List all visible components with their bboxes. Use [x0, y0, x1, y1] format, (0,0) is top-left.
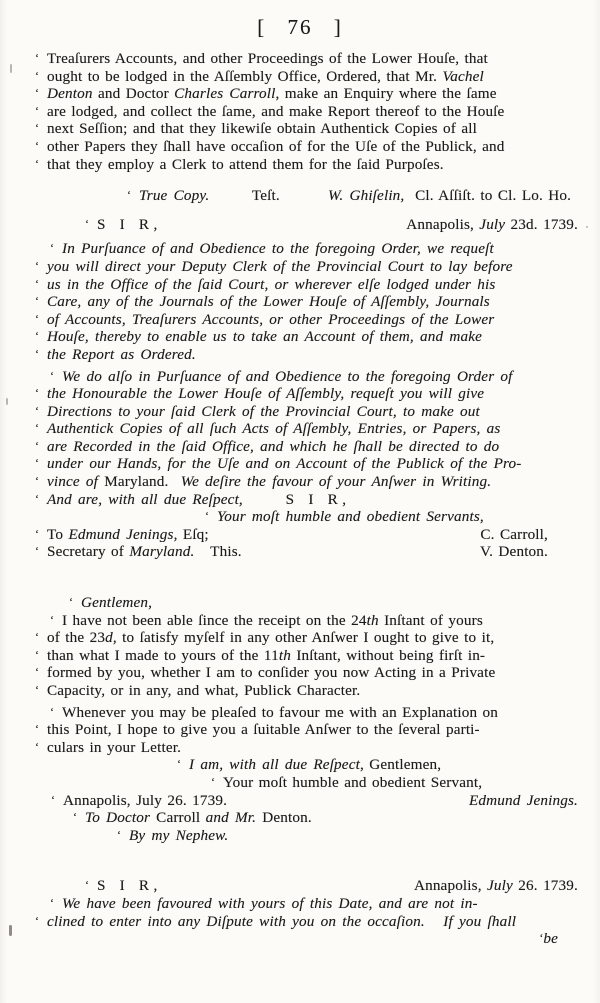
text-line: ‘Directions to your ſaid Clerk of the Pr… [35, 403, 578, 421]
quote-mark: ‘ [85, 216, 97, 234]
text-line: ‘And are, with all due Reſpect, S I R, [35, 491, 578, 509]
text-run: Care, any of the Journals of the Lower H… [47, 293, 490, 310]
text-run: Treaſurers Accounts, and other Proceedin… [47, 50, 488, 67]
block-p1: ‘Treaſurers Accounts, and other Proceedi… [35, 50, 578, 173]
text-run: clined to enter into any Diſpute with yo… [47, 913, 516, 930]
text-line: ‘True Copy. Teſt. W. Ghiſelin, Cl. Aſſiſ… [127, 187, 578, 205]
quote-mark: ‘ [35, 276, 47, 294]
right-text: Annapolis, July 23d. 1739. [406, 216, 578, 234]
quote-mark: ‘ [35, 85, 47, 103]
text-run: 26. 1739. [513, 877, 578, 894]
text-line: ‘the Honourable the Lower Houſe of Aſſem… [35, 385, 578, 403]
text-line: ‘I have not been able ſince the receipt … [35, 612, 578, 630]
text-line: ‘are Recorded in the ſaid Office, and wh… [35, 438, 578, 456]
text-line: ‘Denton and Doctor Charles Carroll, make… [35, 85, 578, 103]
text-run: Vachel [442, 68, 483, 85]
text-run: W. Ghiſelin, [328, 187, 404, 204]
quote-mark: ‘ [35, 68, 47, 86]
text-line: ‘Annapolis, July 26. 1739.Edmund Jenings… [51, 792, 578, 810]
text-run: S I R, [97, 877, 162, 894]
text-run: Gentlemen, [81, 594, 152, 611]
block-dateline: ‘Annapolis, July 26. 1739.Edmund Jenings… [35, 792, 578, 810]
text-run: Cl. Aſſiſt. to Cl. Lo. Ho. [404, 187, 571, 204]
text-line: ‘next Seſſion; and that they likewiſe ob… [35, 120, 578, 138]
page-number: [ 76 ] [0, 0, 600, 40]
quote-mark: ‘ [35, 455, 47, 473]
text-run: Edmund Jenings. [469, 792, 578, 809]
quote-mark: ‘ [35, 647, 47, 665]
quote-mark: ‘ [69, 594, 81, 612]
text-run: Directions to your ſaid Clerk of the Pro… [47, 403, 480, 420]
text-line: ‘S I R,Annapolis, July 26. 1739. [85, 877, 578, 895]
block-iam: ‘I am, with all due Reſpect, Gentlemen, [35, 756, 578, 774]
text-line: ‘be [35, 930, 578, 948]
text-run: Maryland. [129, 543, 194, 560]
text-run: of the 23 [47, 629, 105, 646]
text-line: ‘clined to enter into any Diſpute with y… [35, 913, 578, 931]
scan-speck [9, 925, 12, 936]
text-run: Whenever you may be pleaſed to favour me… [62, 704, 498, 721]
text-line: ‘Secretary of Maryland. This.V. Denton. [35, 543, 578, 561]
text-run: Charles Carroll [174, 85, 275, 102]
text-line: ‘Treaſurers Accounts, and other Proceedi… [35, 50, 578, 68]
quote-mark: ‘ [35, 526, 47, 544]
quote-mark: ‘ [35, 682, 47, 700]
text-run: Annapolis, [406, 216, 479, 233]
text-run: S I R, [97, 216, 162, 233]
scan-speck [10, 64, 12, 73]
text-line: ‘ought to be lodged in the Aſſembly Offi… [35, 68, 578, 86]
block-p6: ‘We have been favoured with yours of thi… [35, 895, 578, 930]
scan-speck [6, 398, 8, 405]
quote-mark: ‘ [531, 930, 543, 948]
quote-mark: ‘ [35, 138, 47, 156]
quote-mark: ‘ [85, 877, 97, 895]
quote-mark: ‘ [35, 293, 47, 311]
text-run: We do alſo in Purſuance of and Obedience… [62, 368, 513, 385]
quote-mark: ‘ [35, 420, 47, 438]
quote-mark: ‘ [35, 50, 47, 68]
text-run: Maryland. [104, 473, 168, 490]
text-run: the Report as Ordered. [47, 346, 196, 363]
quote-mark: ‘ [35, 629, 47, 647]
text-run: Inſtant, without being firſt in- [291, 647, 485, 664]
text-run: be [543, 930, 558, 947]
quote-mark: ‘ [35, 491, 47, 509]
text-line: ‘than what I made to yours of the 11th I… [35, 647, 578, 665]
quote-mark: ‘ [35, 156, 47, 174]
text-run: Denton [47, 85, 93, 102]
text-run: Inſtant of yours [379, 612, 483, 629]
text-run: True Copy. [139, 187, 209, 204]
text-line: ‘the Report as Ordered. [35, 346, 578, 364]
text-run: This. [194, 543, 241, 560]
text-run: Secretary of [47, 543, 129, 560]
text-run: Carroll [156, 809, 205, 826]
quote-mark: ‘ [50, 704, 62, 722]
text-run: V. Denton. [480, 543, 548, 560]
quote-mark: ‘ [50, 612, 62, 630]
text-run: Denton. [262, 809, 312, 826]
quote-mark: ‘ [35, 721, 47, 739]
text-run: are Recorded in the ſaid Office, and whi… [47, 438, 499, 455]
text-line: ‘Your moſt humble and obedient Servants, [205, 508, 578, 526]
text-line: ‘formed by you, whether I am to conſider… [35, 664, 578, 682]
text-run: 23d. 1739. [505, 216, 578, 233]
quote-mark: ‘ [35, 311, 47, 329]
text-line: ‘vince of Maryland. We deſire the favour… [35, 473, 578, 491]
quote-mark: ‘ [117, 827, 129, 845]
block-truecopy: ‘True Copy. Teſt. W. Ghiſelin, Cl. Aſſiſ… [35, 187, 578, 205]
text-line: ‘Authentick Copies of all ſuch Acts of A… [35, 420, 578, 438]
right-text: V. Denton. [480, 543, 548, 561]
text-line: ‘Whenever you may be pleaſed to favour m… [35, 704, 578, 722]
block-servants: ‘Your moſt humble and obedient Servants, [35, 508, 578, 526]
text-line: ‘S I R,Annapolis, July 23d. 1739. [85, 216, 578, 234]
text-run: culars in your Letter. [47, 739, 181, 756]
text-line: ‘of Accounts, Treaſurers Accounts, or ot… [35, 311, 578, 329]
block-addr: ‘To Edmund Jenings, Eſq;C. Carroll,‘Secr… [35, 526, 578, 561]
right-text: C. Carroll, [480, 526, 548, 544]
text-line: ‘We have been favoured with yours of thi… [35, 895, 578, 913]
text-run: July [479, 216, 505, 233]
block-nephew: ‘By my Nephew. [35, 827, 578, 845]
text-run: S I R, [286, 491, 351, 508]
quote-mark: ‘ [35, 103, 47, 121]
text-line: ‘are lodged, and collect the ſame, and m… [35, 103, 578, 121]
scan-speck [586, 226, 588, 228]
text-run: next Seſſion; and that they likewiſe obt… [47, 120, 477, 137]
quote-mark: ‘ [177, 756, 189, 774]
block-p4: ‘I have not been able ſince the receipt … [35, 612, 578, 700]
text-line: ‘of the 23d, to ſatisfy myſelf in any ot… [35, 629, 578, 647]
text-line: ‘culars in your Letter. [35, 739, 578, 757]
text-run: I am, with all due Reſpect [189, 756, 360, 773]
text-run: , Eſq; [174, 526, 209, 543]
text-run: Edmund Jenings [68, 526, 173, 543]
text-run: d [105, 629, 113, 646]
text-run: th [279, 647, 291, 664]
text-run: Teſt. [209, 187, 328, 204]
quote-mark: ‘ [35, 258, 47, 276]
text-run: you will direct your Deputy Clerk of the… [47, 258, 513, 275]
text-run: than what I made to yours of the 11 [47, 647, 279, 664]
text-run: Houſe, thereby to enable us to take an A… [47, 328, 482, 345]
text-run: We have been favoured with yours of this… [62, 895, 478, 912]
block-catchword: ‘be [35, 930, 578, 948]
text-run: In Purſuance of and Obedience to the for… [62, 240, 494, 257]
text-run: Annapolis, [414, 877, 487, 894]
text-run: , make an Enquiry where the ſame [275, 85, 496, 102]
text-line: ‘us in the Office of the ſaid Court, or … [35, 276, 578, 294]
quote-mark: ‘ [50, 368, 62, 386]
quote-mark: ‘ [127, 187, 139, 205]
text-run: Your moſt humble and obedient Servants, [217, 508, 484, 525]
text-run: To Doctor [85, 809, 156, 826]
text-line: ‘Houſe, thereby to enable us to take an … [35, 328, 578, 346]
quote-mark: ‘ [35, 403, 47, 421]
text-run: of Accounts, Treaſurers Accounts, or oth… [47, 311, 494, 328]
text-line: ‘you will direct your Deputy Clerk of th… [35, 258, 578, 276]
block-sir1: ‘S I R,Annapolis, July 23d. 1739. [35, 216, 578, 234]
text-run: are lodged, and collect the ſame, and ma… [47, 103, 504, 120]
quote-mark: ‘ [35, 438, 47, 456]
text-run: I have not been able ſince the receipt o… [62, 612, 367, 629]
text-run: , to ſatisfy myſelf in any other Anſwer … [113, 629, 494, 646]
text-line: ‘Your moſt humble and obedient Servant, [211, 774, 578, 792]
text-line: ‘Care, any of the Journals of the Lower … [35, 293, 578, 311]
text-line: ‘To Edmund Jenings, Eſq;C. Carroll, [35, 526, 578, 544]
text-run: By my Nephew. [129, 827, 228, 844]
block-sir2: ‘S I R,Annapolis, July 26. 1739. [35, 877, 578, 895]
text-run: vince of [47, 473, 104, 490]
block-gentlemen: ‘Gentlemen, [35, 594, 578, 612]
text-line: ‘By my Nephew. [117, 827, 578, 845]
quote-mark: ‘ [35, 739, 47, 757]
quote-mark: ‘ [35, 664, 47, 682]
quote-mark: ‘ [51, 792, 63, 810]
text-line: ‘that they employ a Clerk to attend them… [35, 156, 578, 174]
text-line: ‘other Papers they ſhall have occaſion o… [35, 138, 578, 156]
text-line: ‘Gentlemen, [69, 594, 578, 612]
quote-mark: ‘ [50, 240, 62, 258]
text-run: To [47, 526, 68, 543]
text-run: Your moſt humble and obedient Servant, [223, 774, 482, 791]
quote-mark: ‘ [35, 328, 47, 346]
text-line: ‘We do alſo in Purſuance of and Obedienc… [35, 368, 578, 386]
block-servant: ‘Your moſt humble and obedient Servant, [35, 774, 578, 792]
text-run [243, 491, 286, 508]
quote-mark: ‘ [35, 385, 47, 403]
right-text: Edmund Jenings. [469, 792, 578, 810]
text-line: ‘I am, with all due Reſpect, Gentlemen, [177, 756, 578, 774]
text-line: ‘Capacity, or in any, and what, Publick … [35, 682, 578, 700]
quote-mark: ‘ [211, 774, 223, 792]
scanned-book-page: [ 76 ] ‘Treaſurers Accounts, and other P… [0, 0, 600, 1003]
quote-mark: ‘ [35, 473, 47, 491]
text-run: ought to be lodged in the Aſſembly Offic… [47, 68, 442, 85]
quote-mark: ‘ [73, 809, 85, 827]
text-run: We deſire the favour of your Anſwer in W… [168, 473, 491, 490]
text-run: us in the Office of the ſaid Court, or w… [47, 276, 495, 293]
text-line: ‘this Point, I hope to give you a ſuitab… [35, 721, 578, 739]
quote-mark: ‘ [35, 543, 47, 561]
text-run: , Gentlemen, [360, 756, 441, 773]
quote-mark: ‘ [35, 346, 47, 364]
block-p5: ‘Whenever you may be pleaſed to favour m… [35, 704, 578, 757]
text-run: formed by you, whether I am to conſider … [47, 664, 495, 681]
block-p2: ‘In Purſuance of and Obedience to the fo… [35, 240, 578, 363]
quote-mark: ‘ [35, 913, 47, 931]
quote-mark: ‘ [35, 120, 47, 138]
text-run: Capacity, or in any, and what, Publick C… [47, 682, 360, 699]
text-run: And are, with all due Reſpect, [47, 491, 243, 508]
text-run: under our Hands, for the Uſe and on Acco… [47, 455, 522, 472]
text-run: and Mr. [206, 809, 263, 826]
quote-mark: ‘ [205, 508, 217, 526]
text-run: th [367, 612, 379, 629]
text-run: C. Carroll, [480, 526, 548, 543]
quote-mark: ‘ [50, 895, 62, 913]
text-line: ‘In Purſuance of and Obedience to the fo… [35, 240, 578, 258]
text-run: that they employ a Clerk to attend them … [47, 156, 444, 173]
text-run: and Doctor [93, 85, 175, 102]
text-line: ‘To Doctor Carroll and Mr. Denton. [73, 809, 578, 827]
text-run: Annapolis, July 26. 1739. [63, 792, 227, 809]
text-run: Authentick Copies of all ſuch Acts of Aſ… [47, 420, 500, 437]
text-run: this Point, I hope to give you a ſuitabl… [47, 721, 480, 738]
text-run: other Papers they ſhall have occaſion of… [47, 138, 505, 155]
text-line: ‘under our Hands, for the Uſe and on Acc… [35, 455, 578, 473]
block-todoctor: ‘To Doctor Carroll and Mr. Denton. [35, 809, 578, 827]
text-run: July [487, 877, 513, 894]
right-text: Annapolis, July 26. 1739. [414, 877, 578, 895]
text-run: the Honourable the Lower Houſe of Aſſemb… [47, 385, 484, 402]
block-p3: ‘We do alſo in Purſuance of and Obedienc… [35, 368, 578, 509]
page-body: ‘Treaſurers Accounts, and other Proceedi… [35, 50, 578, 948]
